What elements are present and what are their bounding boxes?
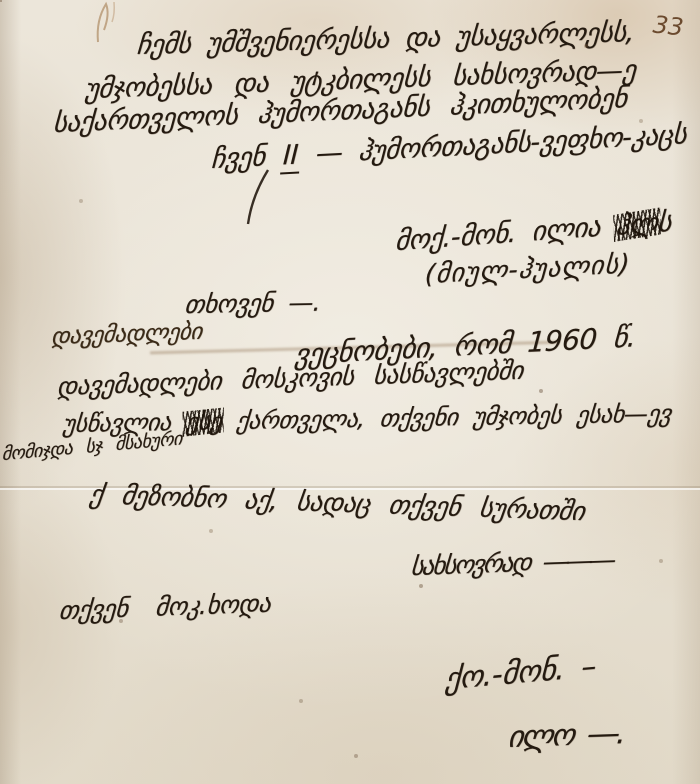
handwritten-line-14: სახსოვრად ――― [409,545,614,581]
signature-line-2: ილო ―. [506,716,626,755]
scribbled-out-word-2: ესე [185,407,223,436]
handwritten-line-8: დავემადლები [50,319,203,350]
handwritten-line-10: დავემადლები მოსკოვის სასწავლებში [56,356,524,401]
line-5-text: მოქ.-მონ. ილია [394,211,617,258]
signature-line-1: ქო.-მონ. – [444,649,597,697]
pen-flourish-mark [84,0,144,50]
handwritten-line-6: (მიულ-ჰუალის) [424,249,632,290]
line-11-tail: ქართველა, თქვენი უმჯობეს ესახ—ევ [220,399,672,435]
underlined-numeral: II [280,139,301,174]
handwritten-line-15: თქვენ მოკ.ხოდა [58,589,272,625]
paper-speckles [0,0,2,2]
handwritten-line-7: თხოვენ —. [183,288,321,319]
handwritten-line-1: ჩემს უმშვენიერესსა და უსაყვარლესს, [136,17,636,61]
manuscript-scan: { "document": { "kind": "handwritten let… [0,0,700,784]
line-4-suffix: — ჰუმორთაგანს-ვეფხო-კაცს [299,119,687,170]
scribbled-out-word: ჰლ [615,208,658,242]
page-number: 33 [652,10,685,41]
ink-descender-stroke [238,168,278,228]
